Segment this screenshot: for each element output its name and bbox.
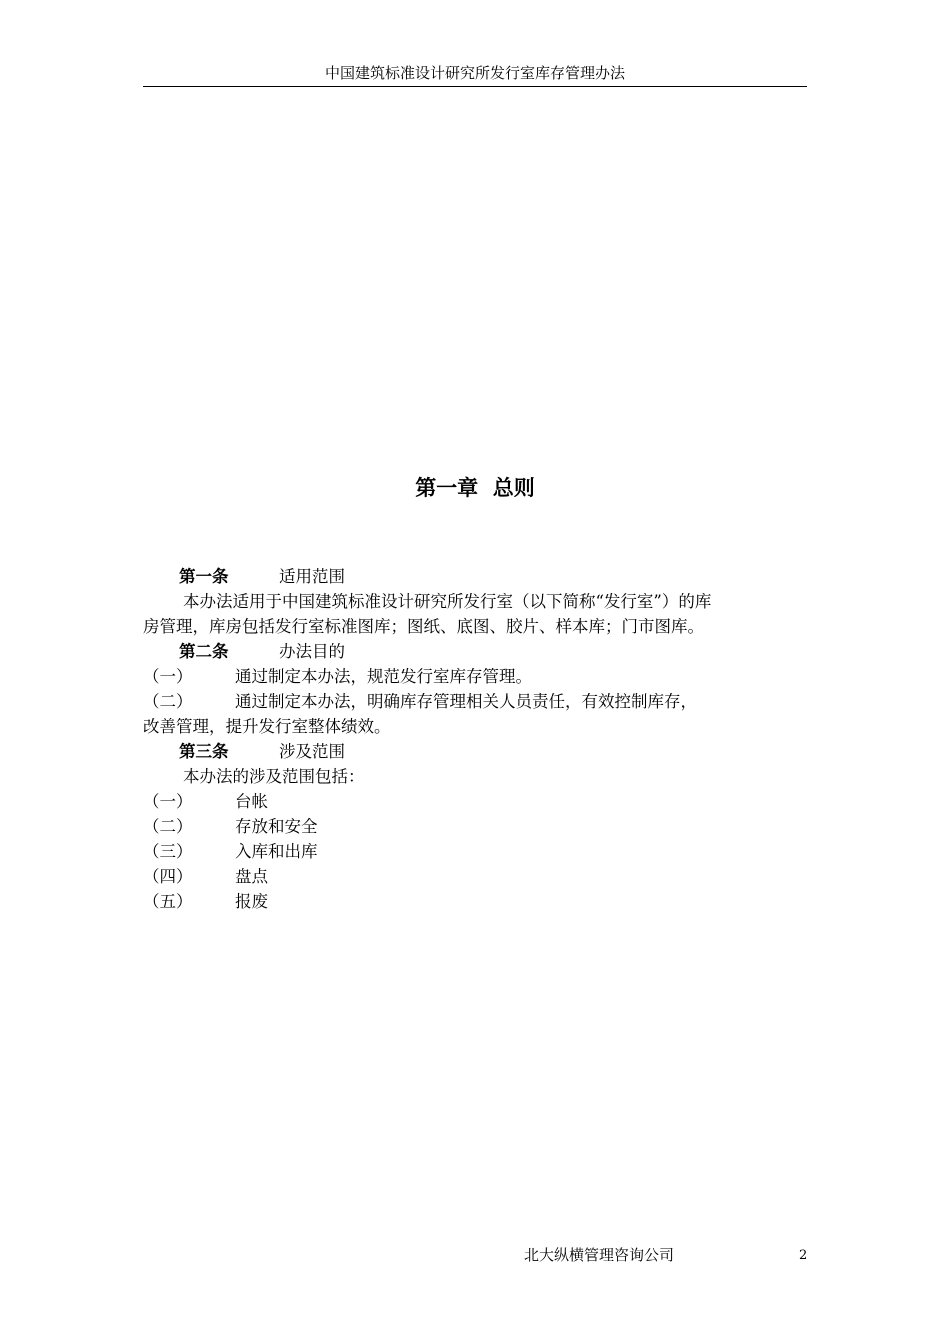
article-heading: 办法目的 [279, 642, 345, 661]
page-number: 2 [799, 1247, 807, 1265]
article-number: 第二条 [179, 639, 279, 664]
list-item-text: 存放和安全 [235, 814, 318, 839]
list-item-label: （五） [143, 889, 235, 914]
list-item: （四）盘点 [143, 864, 809, 889]
article-3-intro: 本办法的涉及范围包括： [143, 764, 809, 789]
article-3-heading: 第三条涉及范围 [143, 739, 809, 764]
page-header-title: 中国建筑标准设计研究所发行室库存管理办法 [143, 63, 807, 83]
article-2-heading: 第二条办法目的 [143, 639, 809, 664]
list-item-text: 盘点 [235, 864, 268, 889]
header-divider [143, 86, 807, 87]
footer-company: 北大纵横管理咨询公司 [524, 1245, 674, 1265]
list-item-label: （二） [143, 689, 235, 714]
list-item-label: （二） [143, 814, 235, 839]
list-item-label: （三） [143, 839, 235, 864]
list-item: （五）报废 [143, 889, 809, 914]
list-item: （三）入库和出库 [143, 839, 809, 864]
article-number: 第一条 [179, 564, 279, 589]
list-item-text: 台帐 [235, 789, 268, 814]
list-item-label: （一） [143, 789, 235, 814]
list-item-continuation: 改善管理，提升发行室整体绩效。 [143, 714, 809, 739]
list-item-label: （四） [143, 864, 235, 889]
list-item: （二）存放和安全 [143, 814, 809, 839]
list-item: （一）通过制定本办法，规范发行室库存管理。 [143, 664, 809, 689]
document-body: 第一条适用范围 本办法适用于中国建筑标准设计研究所发行室（以下简称“发行室”）的… [143, 564, 809, 914]
list-item: （二）通过制定本办法，明确库存管理相关人员责任，有效控制库存， [143, 689, 809, 714]
article-1-paragraph-line-1: 本办法适用于中国建筑标准设计研究所发行室（以下简称“发行室”）的库 [143, 589, 809, 614]
list-item: （一）台帐 [143, 789, 809, 814]
list-item-label: （一） [143, 664, 235, 689]
list-item-text: 入库和出库 [235, 839, 318, 864]
list-item-text: 报废 [235, 889, 268, 914]
article-1-heading: 第一条适用范围 [143, 564, 809, 589]
list-item-text: 通过制定本办法，规范发行室库存管理。 [235, 664, 532, 689]
chapter-title: 第一章 总则 [143, 474, 807, 502]
article-number: 第三条 [179, 739, 279, 764]
list-item-text: 通过制定本办法，明确库存管理相关人员责任，有效控制库存， [235, 689, 697, 714]
article-1-paragraph-line-2: 房管理，库房包括发行室标准图库；图纸、底图、胶片、样本库；门市图库。 [143, 614, 809, 639]
article-heading: 涉及范围 [279, 742, 345, 761]
article-heading: 适用范围 [279, 567, 345, 586]
